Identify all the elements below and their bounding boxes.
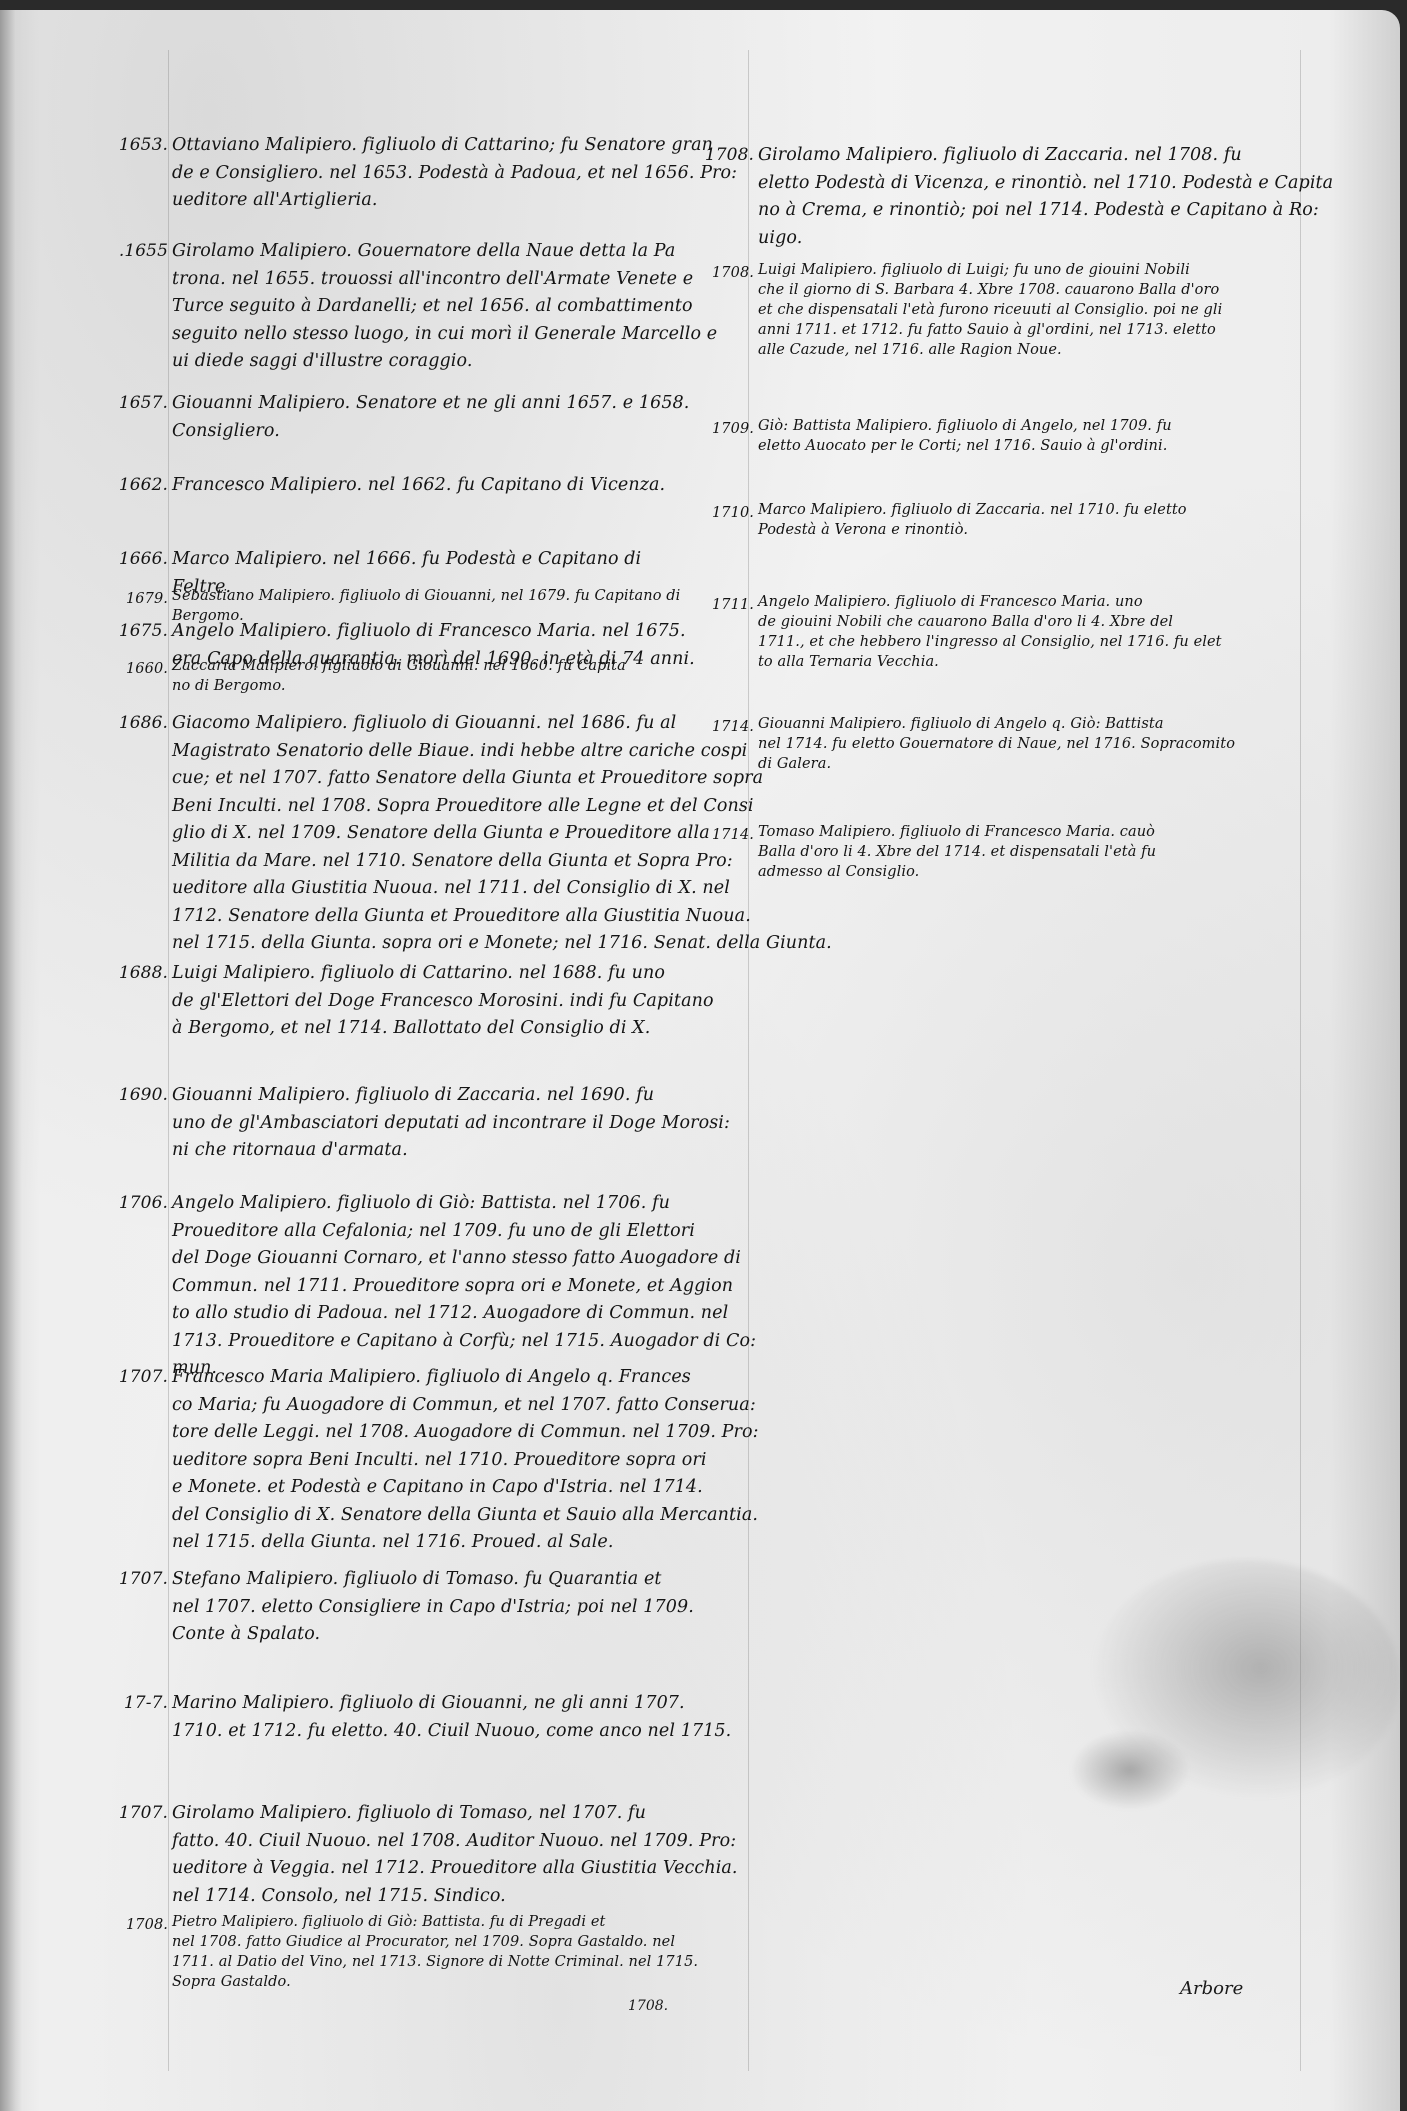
entry-text-line: ni che ritornaua d'armata.: [172, 1137, 730, 1165]
genealogy-entry: 1709.Giò: Battista Malipiero. figliuolo …: [758, 416, 1172, 456]
entry-text-line: e Monete. et Podestà e Capitano in Capo …: [172, 1474, 759, 1502]
entry-text-line: no à Crema, e rinontiò; poi nel 1714. Po…: [758, 197, 1333, 225]
entry-text-line: nel 1708. fatto Giudice al Procurator, n…: [172, 1932, 698, 1952]
entry-text-line: eletto Podestà di Vicenza, e rinontiò. n…: [758, 170, 1333, 198]
margin-rule-right: [748, 50, 749, 2071]
entry-heading-line: Giouanni Malipiero. figliuolo di Zaccari…: [172, 1082, 730, 1110]
entry-text-line: 1712. Senatore della Giunta et Prouedito…: [172, 903, 832, 931]
entry-year: 1666.: [80, 546, 168, 574]
entry-heading-line: Tomaso Malipiero. figliuolo di Francesco…: [758, 822, 1156, 842]
entry-year: 1686.: [80, 710, 168, 738]
entry-text-line: uigo.: [758, 225, 1333, 253]
entry-heading-line: Sebastiano Malipiero. figliuolo di Gioua…: [172, 586, 680, 606]
entry-text-line: Conte à Spalato.: [172, 1621, 694, 1649]
entry-heading-line: Angelo Malipiero. figliuolo di Giò: Batt…: [172, 1190, 756, 1218]
entry-year: 1688.: [80, 960, 168, 988]
entry-text-line: seguito nello stesso luogo, in cui morì …: [172, 321, 717, 349]
genealogy-entry: 1714.Tomaso Malipiero. figliuolo di Fran…: [758, 822, 1156, 882]
genealogy-entry: 1708.Girolamo Malipiero. figliuolo di Za…: [758, 142, 1333, 252]
entry-text-line: à Bergomo, et nel 1714. Ballottato del C…: [172, 1015, 714, 1043]
entry-heading-line: Girolamo Malipiero. figliuolo di Zaccari…: [758, 142, 1333, 170]
entry-year: 1708.: [666, 142, 754, 170]
entry-year: 1706.: [80, 1190, 168, 1218]
genealogy-entry: 1706.Angelo Malipiero. figliuolo di Giò:…: [172, 1190, 756, 1383]
entry-heading-line: Girolamo Malipiero. Gouernatore della Na…: [172, 238, 717, 266]
entry-text-line: ueditore alla Giustitia Nuoua. nel 1711.…: [172, 875, 832, 903]
entry-text-line: nel 1715. della Giunta. sopra ori e Mone…: [172, 930, 832, 958]
entry-text-line: del Consiglio di X. Senatore della Giunt…: [172, 1502, 759, 1530]
entry-text-line: 1711. al Datio del Vino, nel 1713. Signo…: [172, 1952, 698, 1972]
genealogy-entry: 1653.Ottaviano Malipiero. figliuolo di C…: [172, 132, 737, 215]
genealogy-entry: 17-7.Marino Malipiero. figliuolo di Giou…: [172, 1690, 731, 1745]
entry-text-line: admesso al Consiglio.: [758, 862, 1156, 882]
entry-heading-line: Giouanni Malipiero. Senatore et ne gli a…: [172, 390, 689, 418]
entry-text-line: ui diede saggi d'illustre coraggio.: [172, 348, 717, 376]
entry-text-line: co Maria; fu Auogadore di Commun, et nel…: [172, 1392, 759, 1420]
entry-year: 1708.: [666, 260, 754, 288]
entry-heading-line: Zaccaria Malipiero. figliuolo di Giouann…: [172, 656, 626, 676]
entry-text-line: 1713. Proueditore e Capitano à Corfù; ne…: [172, 1328, 756, 1356]
footer-word-arbore: Arbore: [1180, 1978, 1243, 1999]
entry-year: 1710.: [666, 500, 754, 528]
entry-text-line: del Doge Giouanni Cornaro, et l'anno ste…: [172, 1245, 756, 1273]
entry-text-line: di Galera.: [758, 754, 1235, 774]
manuscript-page: 1653.Ottaviano Malipiero. figliuolo di C…: [0, 10, 1400, 2111]
genealogy-entry: 1711.Angelo Malipiero. figliuolo di Fran…: [758, 592, 1222, 672]
entry-year: 1709.: [666, 416, 754, 444]
entry-year: 1708.: [80, 1912, 168, 1940]
entry-text-line: alle Cazude, nel 1716. alle Ragion Noue.: [758, 340, 1222, 360]
entry-text-line: Sopra Gastaldo.: [172, 1972, 698, 1992]
entry-text-line: 1711., et che hebbero l'ingresso al Cons…: [758, 632, 1222, 652]
entry-text-line: cue; et nel 1707. fatto Senatore della G…: [172, 765, 832, 793]
entry-text-line: et che dispensatali l'età furono riceuut…: [758, 300, 1222, 320]
entry-year: 1711.: [666, 592, 754, 620]
catchword: 1708.: [628, 1998, 668, 2014]
genealogy-entry: 1657.Giouanni Malipiero. Senatore et ne …: [172, 390, 689, 445]
entry-text-line: nel 1715. della Giunta. nel 1716. Proued…: [172, 1529, 759, 1557]
entry-year: 1707.: [80, 1566, 168, 1594]
entry-text-line: Commun. nel 1711. Proueditore sopra ori …: [172, 1273, 756, 1301]
entry-text-line: Consigliero.: [172, 418, 689, 446]
entry-text-line: to alla Ternaria Vecchia.: [758, 652, 1222, 672]
entry-year: 17-7.: [80, 1690, 168, 1718]
entry-text-line: uno de gl'Ambasciatori deputati ad incon…: [172, 1110, 730, 1138]
entry-text-line: Podestà à Verona e rinontiò.: [758, 520, 1187, 540]
genealogy-entry: 1714.Giouanni Malipiero. figliuolo di An…: [758, 714, 1235, 774]
entry-year: .1655: [80, 238, 168, 266]
entry-text-line: nel 1707. eletto Consigliere in Capo d'I…: [172, 1594, 694, 1622]
entry-text-line: anni 1711. et 1712. fu fatto Sauio à gl'…: [758, 320, 1222, 340]
page-edge: [0, 10, 22, 2111]
entry-heading-line: Angelo Malipiero. figliuolo di Francesco…: [758, 592, 1222, 612]
genealogy-entry: .1655Girolamo Malipiero. Gouernatore del…: [172, 238, 717, 376]
entry-text-line: nel 1714. fu eletto Gouernatore di Naue,…: [758, 734, 1235, 754]
entry-text-line: Turce seguito à Dardanelli; et nel 1656.…: [172, 293, 717, 321]
entry-text-line: Magistrato Senatorio delle Biaue. indi h…: [172, 738, 832, 766]
genealogy-entry: 1708.Luigi Malipiero. figliuolo di Luigi…: [758, 260, 1222, 360]
entry-year: 1653.: [80, 132, 168, 160]
genealogy-entry: 1690.Giouanni Malipiero. figliuolo di Za…: [172, 1082, 730, 1165]
entry-text-line: eletto Auocato per le Corti; nel 1716. S…: [758, 436, 1172, 456]
entry-heading-line: Luigi Malipiero. figliuolo di Luigi; fu …: [758, 260, 1222, 280]
genealogy-entry: 1707.Girolamo Malipiero. figliuolo di To…: [172, 1800, 738, 1910]
entry-text-line: no di Bergomo.: [172, 676, 626, 696]
entry-heading-line: Francesco Malipiero. nel 1662. fu Capita…: [172, 472, 665, 500]
entry-text-line: trona. nel 1655. trouossi all'incontro d…: [172, 266, 717, 294]
entry-heading-line: Francesco Maria Malipiero. figliuolo di …: [172, 1364, 759, 1392]
entry-year: 1714.: [666, 822, 754, 850]
entry-heading-line: Pietro Malipiero. figliuolo di Giò: Batt…: [172, 1912, 698, 1932]
entry-text-line: fatto. 40. Ciuil Nuouo. nel 1708. Audito…: [172, 1828, 738, 1856]
entry-text-line: tore delle Leggi. nel 1708. Auogadore di…: [172, 1419, 759, 1447]
entry-text-line: Beni Inculti. nel 1708. Sopra Proueditor…: [172, 793, 832, 821]
entry-heading-line: Giouanni Malipiero. figliuolo di Angelo …: [758, 714, 1235, 734]
genealogy-entry: 1708.Pietro Malipiero. figliuolo di Giò:…: [172, 1912, 698, 1992]
entry-text-line: ueditore à Veggia. nel 1712. Proueditore…: [172, 1855, 738, 1883]
genealogy-entry: 1688.Luigi Malipiero. figliuolo di Catta…: [172, 960, 714, 1043]
ink-stain-small: [1070, 1730, 1190, 1810]
entry-heading-line: Stefano Malipiero. figliuolo di Tomaso. …: [172, 1566, 694, 1594]
genealogy-entry: 1707.Francesco Maria Malipiero. figliuol…: [172, 1364, 759, 1557]
entry-heading-line: Ottaviano Malipiero. figliuolo di Cattar…: [172, 132, 737, 160]
entry-text-line: de gl'Elettori del Doge Francesco Morosi…: [172, 988, 714, 1016]
genealogy-entry: 1660.Zaccaria Malipiero. figliuolo di Gi…: [172, 656, 626, 696]
margin-rule-left: [168, 50, 169, 2071]
entry-text-line: Balla d'oro li 4. Xbre del 1714. et disp…: [758, 842, 1156, 862]
entry-year: 1707.: [80, 1800, 168, 1828]
entry-year: 1714.: [666, 714, 754, 742]
entry-year: 1660.: [80, 656, 168, 684]
entry-year: 1657.: [80, 390, 168, 418]
genealogy-entry: 1662.Francesco Malipiero. nel 1662. fu C…: [172, 472, 665, 500]
entry-year: 1679.: [80, 586, 168, 614]
entry-text-line: nel 1714. Consolo, nel 1715. Sindico.: [172, 1883, 738, 1911]
entry-heading-line: Girolamo Malipiero. figliuolo di Tomaso,…: [172, 1800, 738, 1828]
genealogy-entry: 1707.Stefano Malipiero. figliuolo di Tom…: [172, 1566, 694, 1649]
entry-text-line: to allo studio di Padoua. nel 1712. Auog…: [172, 1300, 756, 1328]
entry-text-line: de giouini Nobili che cauarono Balla d'o…: [758, 612, 1222, 632]
entry-text-line: che il giorno di S. Barbara 4. Xbre 1708…: [758, 280, 1222, 300]
entry-heading-line: Angelo Malipiero. figliuolo di Francesco…: [172, 618, 695, 646]
entry-year: 1675.: [80, 618, 168, 646]
entry-heading-line: Luigi Malipiero. figliuolo di Cattarino.…: [172, 960, 714, 988]
entry-heading-line: Marino Malipiero. figliuolo di Giouanni,…: [172, 1690, 731, 1718]
entry-heading-line: Marco Malipiero. nel 1666. fu Podestà e …: [172, 546, 641, 574]
genealogy-entry: 1710.Marco Malipiero. figliuolo di Zacca…: [758, 500, 1187, 540]
entry-text-line: de e Consigliero. nel 1653. Podestà à Pa…: [172, 160, 737, 188]
entry-text-line: 1710. et 1712. fu eletto. 40. Ciuil Nuou…: [172, 1718, 731, 1746]
entry-text-line: Militia da Mare. nel 1710. Senatore dell…: [172, 848, 832, 876]
entry-year: 1662.: [80, 472, 168, 500]
entry-text-line: ueditore sopra Beni Inculti. nel 1710. P…: [172, 1447, 759, 1475]
entry-year: 1707.: [80, 1364, 168, 1392]
entry-text-line: ueditore all'Artiglieria.: [172, 187, 737, 215]
entry-heading-line: Marco Malipiero. figliuolo di Zaccaria. …: [758, 500, 1187, 520]
entry-year: 1690.: [80, 1082, 168, 1110]
entry-heading-line: Giò: Battista Malipiero. figliuolo di An…: [758, 416, 1172, 436]
entry-text-line: Proueditore alla Cefalonia; nel 1709. fu…: [172, 1218, 756, 1246]
